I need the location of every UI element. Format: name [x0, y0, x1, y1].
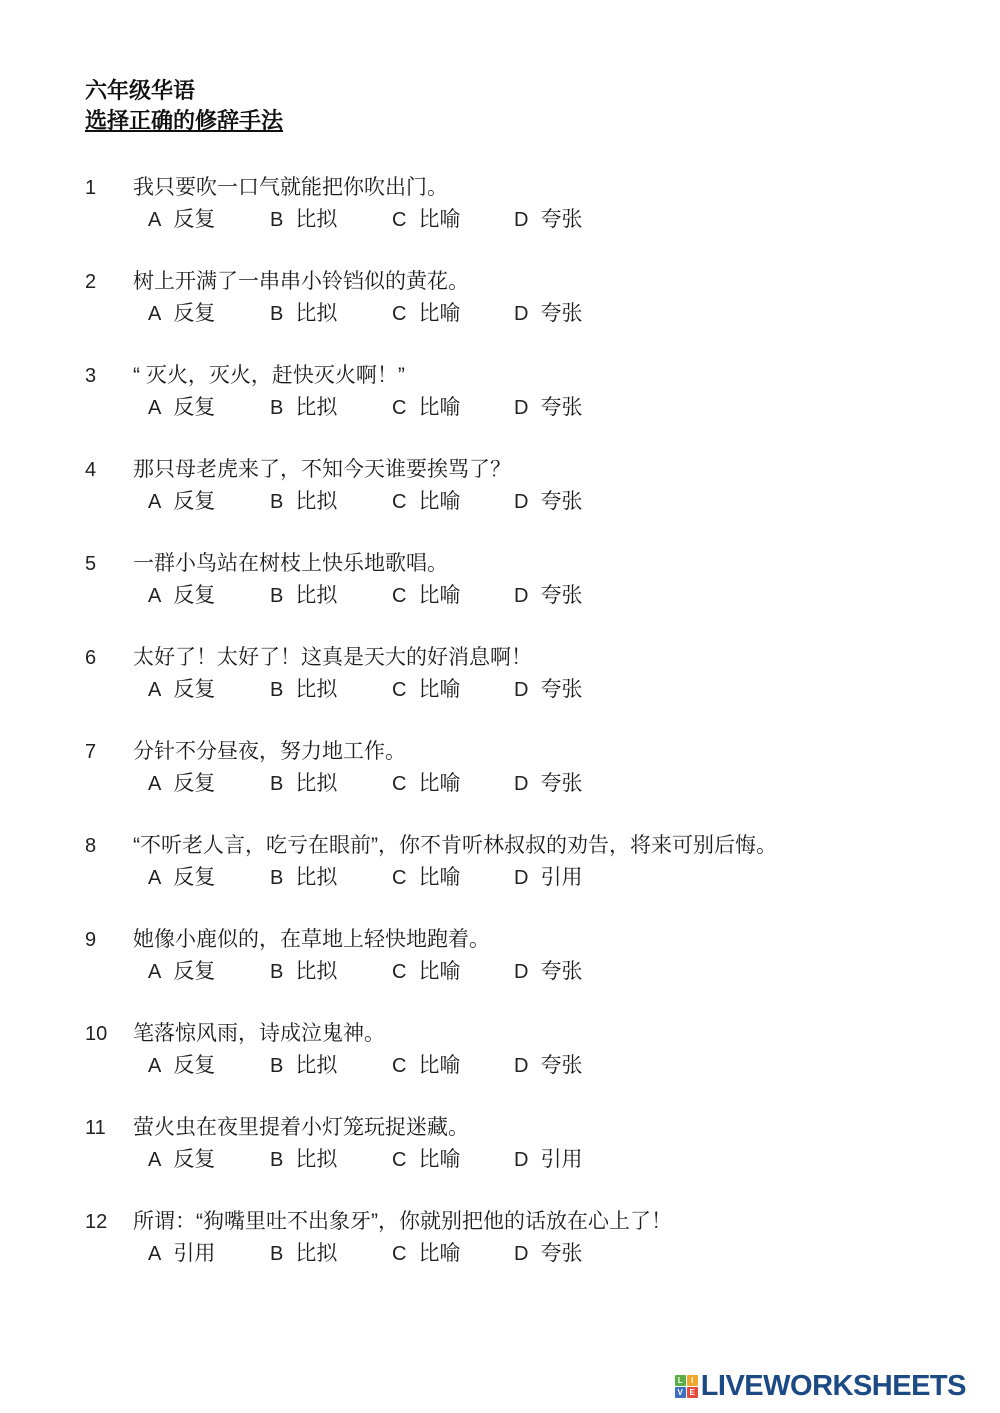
- question-12: 12所谓：“狗嘴里吐不出象牙”，你就别把他的话放在心上了！A引用B比拟C比喻D夸…: [85, 1206, 960, 1270]
- question-2-option-A[interactable]: A反复: [148, 298, 270, 330]
- option-text: 夸张: [540, 208, 582, 231]
- question-options: A反复B比拟C比喻D夸张: [85, 486, 960, 518]
- question-3: 3“ 灭火，灭火，赶快灭火啊！”A反复B比拟C比喻D夸张: [85, 360, 960, 424]
- question-8-option-C[interactable]: C比喻: [392, 862, 514, 894]
- question-5-option-B[interactable]: B比拟: [270, 580, 392, 612]
- question-4-option-B[interactable]: B比拟: [270, 486, 392, 518]
- option-letter: A: [148, 679, 161, 701]
- option-letter: C: [392, 303, 406, 325]
- option-text: 比拟: [295, 1148, 337, 1171]
- question-6: 6太好了！太好了！这真是天大的好消息啊！A反复B比拟C比喻D夸张: [85, 642, 960, 706]
- question-number: 12: [85, 1207, 133, 1238]
- question-10-option-B[interactable]: B比拟: [270, 1050, 392, 1082]
- option-text: 夸张: [540, 302, 582, 325]
- option-letter: D: [514, 397, 528, 419]
- option-letter: A: [148, 1149, 161, 1171]
- question-6-option-D[interactable]: D夸张: [514, 674, 582, 706]
- option-letter: D: [514, 1243, 528, 1265]
- question-statement: 7分针不分昼夜，努力地工作。: [85, 736, 960, 768]
- question-1-option-D[interactable]: D夸张: [514, 204, 582, 236]
- question-text: 树上开满了一串串小铃铛似的黄花。: [133, 266, 469, 297]
- liveworksheets-brand-text: LIVEWORKSHEETS: [701, 1372, 966, 1401]
- question-statement: 1我只要吹一口气就能把你吹出门。: [85, 172, 960, 204]
- question-8-option-D[interactable]: D引用: [514, 862, 582, 894]
- option-letter: B: [270, 679, 283, 701]
- option-letter: C: [392, 679, 406, 701]
- option-letter: C: [392, 209, 406, 231]
- question-number: 8: [85, 831, 133, 862]
- question-text: 那只母老虎来了，不知今天谁要挨骂了？: [133, 454, 511, 485]
- option-text: 比拟: [295, 678, 337, 701]
- question-4-option-A[interactable]: A反复: [148, 486, 270, 518]
- question-number: 6: [85, 643, 133, 674]
- question-statement: 5一群小鸟站在树枝上快乐地歌唱。: [85, 548, 960, 580]
- option-text: 反复: [173, 678, 215, 701]
- question-6-option-B[interactable]: B比拟: [270, 674, 392, 706]
- question-12-option-D[interactable]: D夸张: [514, 1238, 582, 1270]
- option-text: 比拟: [295, 490, 337, 513]
- option-text: 比喻: [418, 960, 460, 983]
- question-statement: 9她像小鹿似的，在草地上轻快地跑着。: [85, 924, 960, 956]
- worksheet-document: { "header": { "line1": "六年级华语", "line2":…: [0, 0, 1000, 1413]
- option-text: 比喻: [418, 866, 460, 889]
- option-text: 比拟: [295, 396, 337, 419]
- option-letter: A: [148, 491, 161, 513]
- option-text: 引用: [173, 1242, 215, 1265]
- question-options: A反复B比拟C比喻D夸张: [85, 1050, 960, 1082]
- question-options: A反复B比拟C比喻D夸张: [85, 392, 960, 424]
- question-text: 萤火虫在夜里提着小灯笼玩捉迷藏。: [133, 1112, 469, 1143]
- logo-square-l: L: [675, 1375, 686, 1386]
- option-letter: D: [514, 303, 528, 325]
- question-10-option-D[interactable]: D夸张: [514, 1050, 582, 1082]
- option-text: 夸张: [540, 772, 582, 795]
- option-text: 夸张: [540, 1242, 582, 1265]
- option-text: 比喻: [418, 772, 460, 795]
- option-text: 比喻: [418, 1148, 460, 1171]
- option-text: 比拟: [295, 1054, 337, 1077]
- footer: LIVE LIVEWORKSHEETS: [675, 1372, 966, 1401]
- option-letter: B: [270, 491, 283, 513]
- option-letter: C: [392, 867, 406, 889]
- option-letter: A: [148, 397, 161, 419]
- question-8-option-B[interactable]: B比拟: [270, 862, 392, 894]
- option-text: 引用: [540, 1148, 582, 1171]
- option-letter: D: [514, 209, 528, 231]
- option-text: 反复: [173, 772, 215, 795]
- question-7-option-A[interactable]: A反复: [148, 768, 270, 800]
- option-letter: D: [514, 491, 528, 513]
- question-5: 5一群小鸟站在树枝上快乐地歌唱。A反复B比拟C比喻D夸张: [85, 548, 960, 612]
- question-statement: 12所谓：“狗嘴里吐不出象牙”，你就别把他的话放在心上了！: [85, 1206, 960, 1238]
- option-letter: B: [270, 209, 283, 231]
- option-text: 比喻: [418, 1054, 460, 1077]
- question-1-option-C[interactable]: C比喻: [392, 204, 514, 236]
- question-8-option-A[interactable]: A反复: [148, 862, 270, 894]
- question-options: A反复B比拟C比喻D夸张: [85, 580, 960, 612]
- question-options: A反复B比拟C比喻D夸张: [85, 204, 960, 236]
- option-letter: C: [392, 961, 406, 983]
- question-1-option-A[interactable]: A反复: [148, 204, 270, 236]
- option-letter: C: [392, 1149, 406, 1171]
- option-text: 反复: [173, 1148, 215, 1171]
- option-letter: B: [270, 1149, 283, 1171]
- question-number: 9: [85, 925, 133, 956]
- option-letter: B: [270, 303, 283, 325]
- question-options: A反复B比拟C比喻D夸张: [85, 768, 960, 800]
- question-number: 2: [85, 267, 133, 298]
- question-5-option-D[interactable]: D夸张: [514, 580, 582, 612]
- option-letter: C: [392, 397, 406, 419]
- option-letter: D: [514, 1055, 528, 1077]
- option-text: 比喻: [418, 396, 460, 419]
- question-1: 1我只要吹一口气就能把你吹出门。A反复B比拟C比喻D夸张: [85, 172, 960, 236]
- question-statement: 8“不听老人言，吃亏在眼前”，你不肯听林叔叔的劝告，将来可别后悔。: [85, 830, 960, 862]
- option-text: 比拟: [295, 772, 337, 795]
- option-letter: A: [148, 209, 161, 231]
- question-statement: 3“ 灭火，灭火，赶快灭火啊！”: [85, 360, 960, 392]
- question-options: A反复B比拟C比喻D夸张: [85, 298, 960, 330]
- question-4-option-C[interactable]: C比喻: [392, 486, 514, 518]
- option-letter: D: [514, 585, 528, 607]
- option-letter: C: [392, 773, 406, 795]
- option-text: 引用: [540, 866, 582, 889]
- option-letter: C: [392, 1243, 406, 1265]
- option-letter: A: [148, 961, 161, 983]
- question-2: 2树上开满了一串串小铃铛似的黄花。A反复B比拟C比喻D夸张: [85, 266, 960, 330]
- option-text: 反复: [173, 302, 215, 325]
- option-letter: B: [270, 585, 283, 607]
- option-text: 反复: [173, 584, 215, 607]
- option-letter: D: [514, 1149, 528, 1171]
- question-2-option-C[interactable]: C比喻: [392, 298, 514, 330]
- question-7-option-B[interactable]: B比拟: [270, 768, 392, 800]
- question-list: 1我只要吹一口气就能把你吹出门。A反复B比拟C比喻D夸张2树上开满了一串串小铃铛…: [85, 172, 960, 1270]
- question-11-option-B[interactable]: B比拟: [270, 1144, 392, 1176]
- question-text: “不听老人言，吃亏在眼前”，你不肯听林叔叔的劝告，将来可别后悔。: [133, 830, 777, 861]
- question-number: 11: [85, 1113, 133, 1144]
- option-text: 夸张: [540, 490, 582, 513]
- question-text: 我只要吹一口气就能把你吹出门。: [133, 172, 448, 203]
- option-text: 夸张: [540, 960, 582, 983]
- question-12-option-B[interactable]: B比拟: [270, 1238, 392, 1270]
- question-statement: 2树上开满了一串串小铃铛似的黄花。: [85, 266, 960, 298]
- question-statement: 4那只母老虎来了，不知今天谁要挨骂了？: [85, 454, 960, 486]
- question-10-option-C[interactable]: C比喻: [392, 1050, 514, 1082]
- option-text: 反复: [173, 960, 215, 983]
- question-9: 9她像小鹿似的，在草地上轻快地跑着。A反复B比拟C比喻D夸张: [85, 924, 960, 988]
- option-letter: A: [148, 585, 161, 607]
- question-3-option-D[interactable]: D夸张: [514, 392, 582, 424]
- question-statement: 11萤火虫在夜里提着小灯笼玩捉迷藏。: [85, 1112, 960, 1144]
- question-1-option-B[interactable]: B比拟: [270, 204, 392, 236]
- question-number: 3: [85, 361, 133, 392]
- option-letter: C: [392, 1055, 406, 1077]
- logo-square-e: E: [687, 1387, 698, 1398]
- option-letter: B: [270, 1243, 283, 1265]
- option-text: 比拟: [295, 584, 337, 607]
- question-11-option-A[interactable]: A反复: [148, 1144, 270, 1176]
- worksheet-page: 六年级华语 选择正确的修辞手法 1我只要吹一口气就能把你吹出门。A反复B比拟C比…: [0, 0, 1000, 1270]
- option-text: 比喻: [418, 584, 460, 607]
- option-text: 反复: [173, 490, 215, 513]
- question-text: 所谓：“狗嘴里吐不出象牙”，你就别把他的话放在心上了！: [133, 1206, 672, 1237]
- worksheet-title: 六年级华语: [85, 76, 960, 106]
- option-letter: B: [270, 397, 283, 419]
- question-10: 10笔落惊风雨，诗成泣鬼神。A反复B比拟C比喻D夸张: [85, 1018, 960, 1082]
- option-letter: A: [148, 1243, 161, 1265]
- question-2-option-D[interactable]: D夸张: [514, 298, 582, 330]
- option-letter: B: [270, 773, 283, 795]
- question-9-option-C[interactable]: C比喻: [392, 956, 514, 988]
- question-number: 7: [85, 737, 133, 768]
- worksheet-instruction: 选择正确的修辞手法: [85, 106, 283, 136]
- option-text: 夸张: [540, 678, 582, 701]
- question-5-option-C[interactable]: C比喻: [392, 580, 514, 612]
- question-number: 1: [85, 173, 133, 204]
- question-8: 8“不听老人言，吃亏在眼前”，你不肯听林叔叔的劝告，将来可别后悔。A反复B比拟C…: [85, 830, 960, 894]
- option-letter: C: [392, 491, 406, 513]
- question-2-option-B[interactable]: B比拟: [270, 298, 392, 330]
- question-text: 笔落惊风雨，诗成泣鬼神。: [133, 1018, 385, 1049]
- option-letter: B: [270, 1055, 283, 1077]
- option-letter: D: [514, 867, 528, 889]
- option-text: 比拟: [295, 960, 337, 983]
- option-text: 夸张: [540, 396, 582, 419]
- question-text: 分针不分昼夜，努力地工作。: [133, 736, 406, 767]
- question-statement: 10笔落惊风雨，诗成泣鬼神。: [85, 1018, 960, 1050]
- question-6-option-A[interactable]: A反复: [148, 674, 270, 706]
- question-7: 7分针不分昼夜，努力地工作。A反复B比拟C比喻D夸张: [85, 736, 960, 800]
- question-4: 4那只母老虎来了，不知今天谁要挨骂了？A反复B比拟C比喻D夸张: [85, 454, 960, 518]
- option-text: 比喻: [418, 490, 460, 513]
- option-letter: A: [148, 1055, 161, 1077]
- question-3-option-B[interactable]: B比拟: [270, 392, 392, 424]
- question-options: A反复B比拟C比喻D夸张: [85, 674, 960, 706]
- option-text: 比拟: [295, 302, 337, 325]
- question-number: 5: [85, 549, 133, 580]
- option-text: 比喻: [418, 678, 460, 701]
- question-text: 一群小鸟站在树枝上快乐地歌唱。: [133, 548, 448, 579]
- logo-square-v: V: [675, 1387, 686, 1398]
- question-3-option-C[interactable]: C比喻: [392, 392, 514, 424]
- question-9-option-B[interactable]: B比拟: [270, 956, 392, 988]
- question-7-option-C[interactable]: C比喻: [392, 768, 514, 800]
- question-number: 10: [85, 1019, 133, 1050]
- option-letter: B: [270, 867, 283, 889]
- option-text: 反复: [173, 866, 215, 889]
- option-text: 夸张: [540, 584, 582, 607]
- question-11-option-D[interactable]: D引用: [514, 1144, 582, 1176]
- question-5-option-A[interactable]: A反复: [148, 580, 270, 612]
- question-text: 她像小鹿似的，在草地上轻快地跑着。: [133, 924, 490, 955]
- option-text: 比拟: [295, 1242, 337, 1265]
- question-12-option-C[interactable]: C比喻: [392, 1238, 514, 1270]
- question-6-option-C[interactable]: C比喻: [392, 674, 514, 706]
- question-9-option-D[interactable]: D夸张: [514, 956, 582, 988]
- option-letter: D: [514, 773, 528, 795]
- question-3-option-A[interactable]: A反复: [148, 392, 270, 424]
- question-options: A引用B比拟C比喻D夸张: [85, 1238, 960, 1270]
- liveworksheets-logo-icon: LIVE: [675, 1375, 698, 1398]
- question-11-option-C[interactable]: C比喻: [392, 1144, 514, 1176]
- liveworksheets-logo-link[interactable]: LIVE LIVEWORKSHEETS: [675, 1372, 966, 1401]
- option-text: 反复: [173, 1054, 215, 1077]
- question-text: “ 灭火，灭火，赶快灭火啊！”: [133, 360, 405, 391]
- option-text: 比拟: [295, 208, 337, 231]
- question-options: A反复B比拟C比喻D夸张: [85, 956, 960, 988]
- question-text: 太好了！太好了！这真是天大的好消息啊！: [133, 642, 532, 673]
- option-text: 比喻: [418, 1242, 460, 1265]
- question-number: 4: [85, 455, 133, 486]
- option-letter: A: [148, 303, 161, 325]
- option-text: 反复: [173, 396, 215, 419]
- option-text: 比喻: [418, 208, 460, 231]
- option-text: 反复: [173, 208, 215, 231]
- option-letter: D: [514, 961, 528, 983]
- question-statement: 6太好了！太好了！这真是天大的好消息啊！: [85, 642, 960, 674]
- option-letter: B: [270, 961, 283, 983]
- question-options: A反复B比拟C比喻D引用: [85, 1144, 960, 1176]
- logo-square-i: I: [687, 1375, 698, 1386]
- question-7-option-D[interactable]: D夸张: [514, 768, 582, 800]
- question-12-option-A[interactable]: A引用: [148, 1238, 270, 1270]
- option-text: 夸张: [540, 1054, 582, 1077]
- option-letter: A: [148, 773, 161, 795]
- option-letter: A: [148, 867, 161, 889]
- option-text: 比喻: [418, 302, 460, 325]
- question-10-option-A[interactable]: A反复: [148, 1050, 270, 1082]
- option-letter: D: [514, 679, 528, 701]
- option-text: 比拟: [295, 866, 337, 889]
- question-9-option-A[interactable]: A反复: [148, 956, 270, 988]
- question-4-option-D[interactable]: D夸张: [514, 486, 582, 518]
- question-options: A反复B比拟C比喻D引用: [85, 862, 960, 894]
- question-11: 11萤火虫在夜里提着小灯笼玩捉迷藏。A反复B比拟C比喻D引用: [85, 1112, 960, 1176]
- option-letter: C: [392, 585, 406, 607]
